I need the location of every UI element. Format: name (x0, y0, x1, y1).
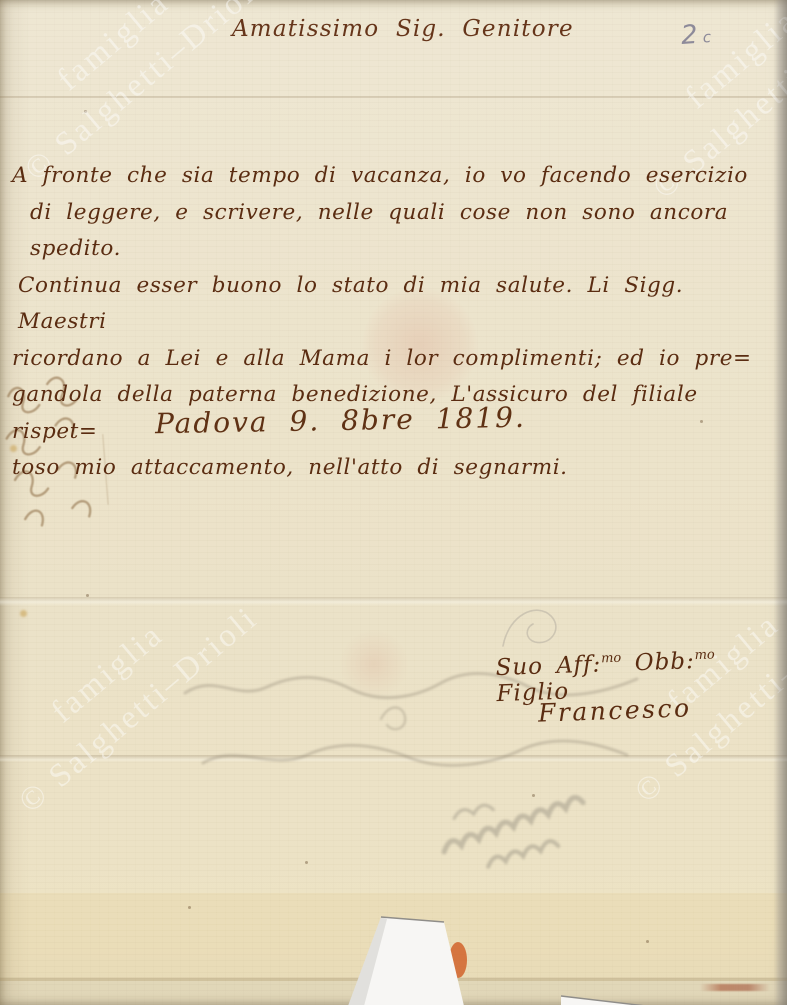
letter-body-line: ricordano a Lei e alla Mama i lor compli… (12, 341, 774, 378)
letter-scan-page: famiglia © Salghetti–Drioli famiglia © S… (0, 0, 787, 1005)
paper-speck (84, 110, 87, 113)
wax-mark-streak (700, 984, 770, 991)
letter-body-line: di leggere, e scrivere, nelle quali cose… (12, 195, 774, 268)
paper-speck (188, 906, 191, 909)
signature-text: Obb: (621, 648, 695, 677)
signature-superscript: mo (694, 647, 715, 663)
paper-speck (305, 861, 308, 864)
signature-text: Suo Aff: (495, 651, 602, 681)
archival-number-digit: 2 (680, 20, 699, 51)
watermark-line1: famiglia (51, 0, 177, 98)
archival-number-letter: c (702, 28, 711, 47)
signature-superscript: mo (601, 651, 622, 667)
paper-speck (86, 594, 89, 597)
archival-number: 2c (680, 19, 712, 51)
letter-body-line: A fronte che sia tempo di vacanza, io vo… (12, 158, 774, 195)
paper-stain-spot (20, 610, 27, 617)
scan-edge-shadow-right (774, 0, 787, 1005)
letter-body: A fronte che sia tempo di vacanza, io vo… (12, 158, 774, 487)
fold-line (0, 96, 787, 98)
letter-body-line: Continua esser buono lo stato di mia sal… (12, 268, 774, 341)
dateline: Padova 9. 8bre 1819. (155, 401, 526, 440)
scan-cutout-shapes (330, 905, 650, 1005)
signature-name: Francesco (538, 693, 692, 727)
salutation-line: Amatissimo Sig. Genitore (232, 16, 574, 42)
letter-body-line: toso mio attaccamento, nell'atto di segn… (12, 450, 774, 487)
fold-line (0, 597, 787, 606)
